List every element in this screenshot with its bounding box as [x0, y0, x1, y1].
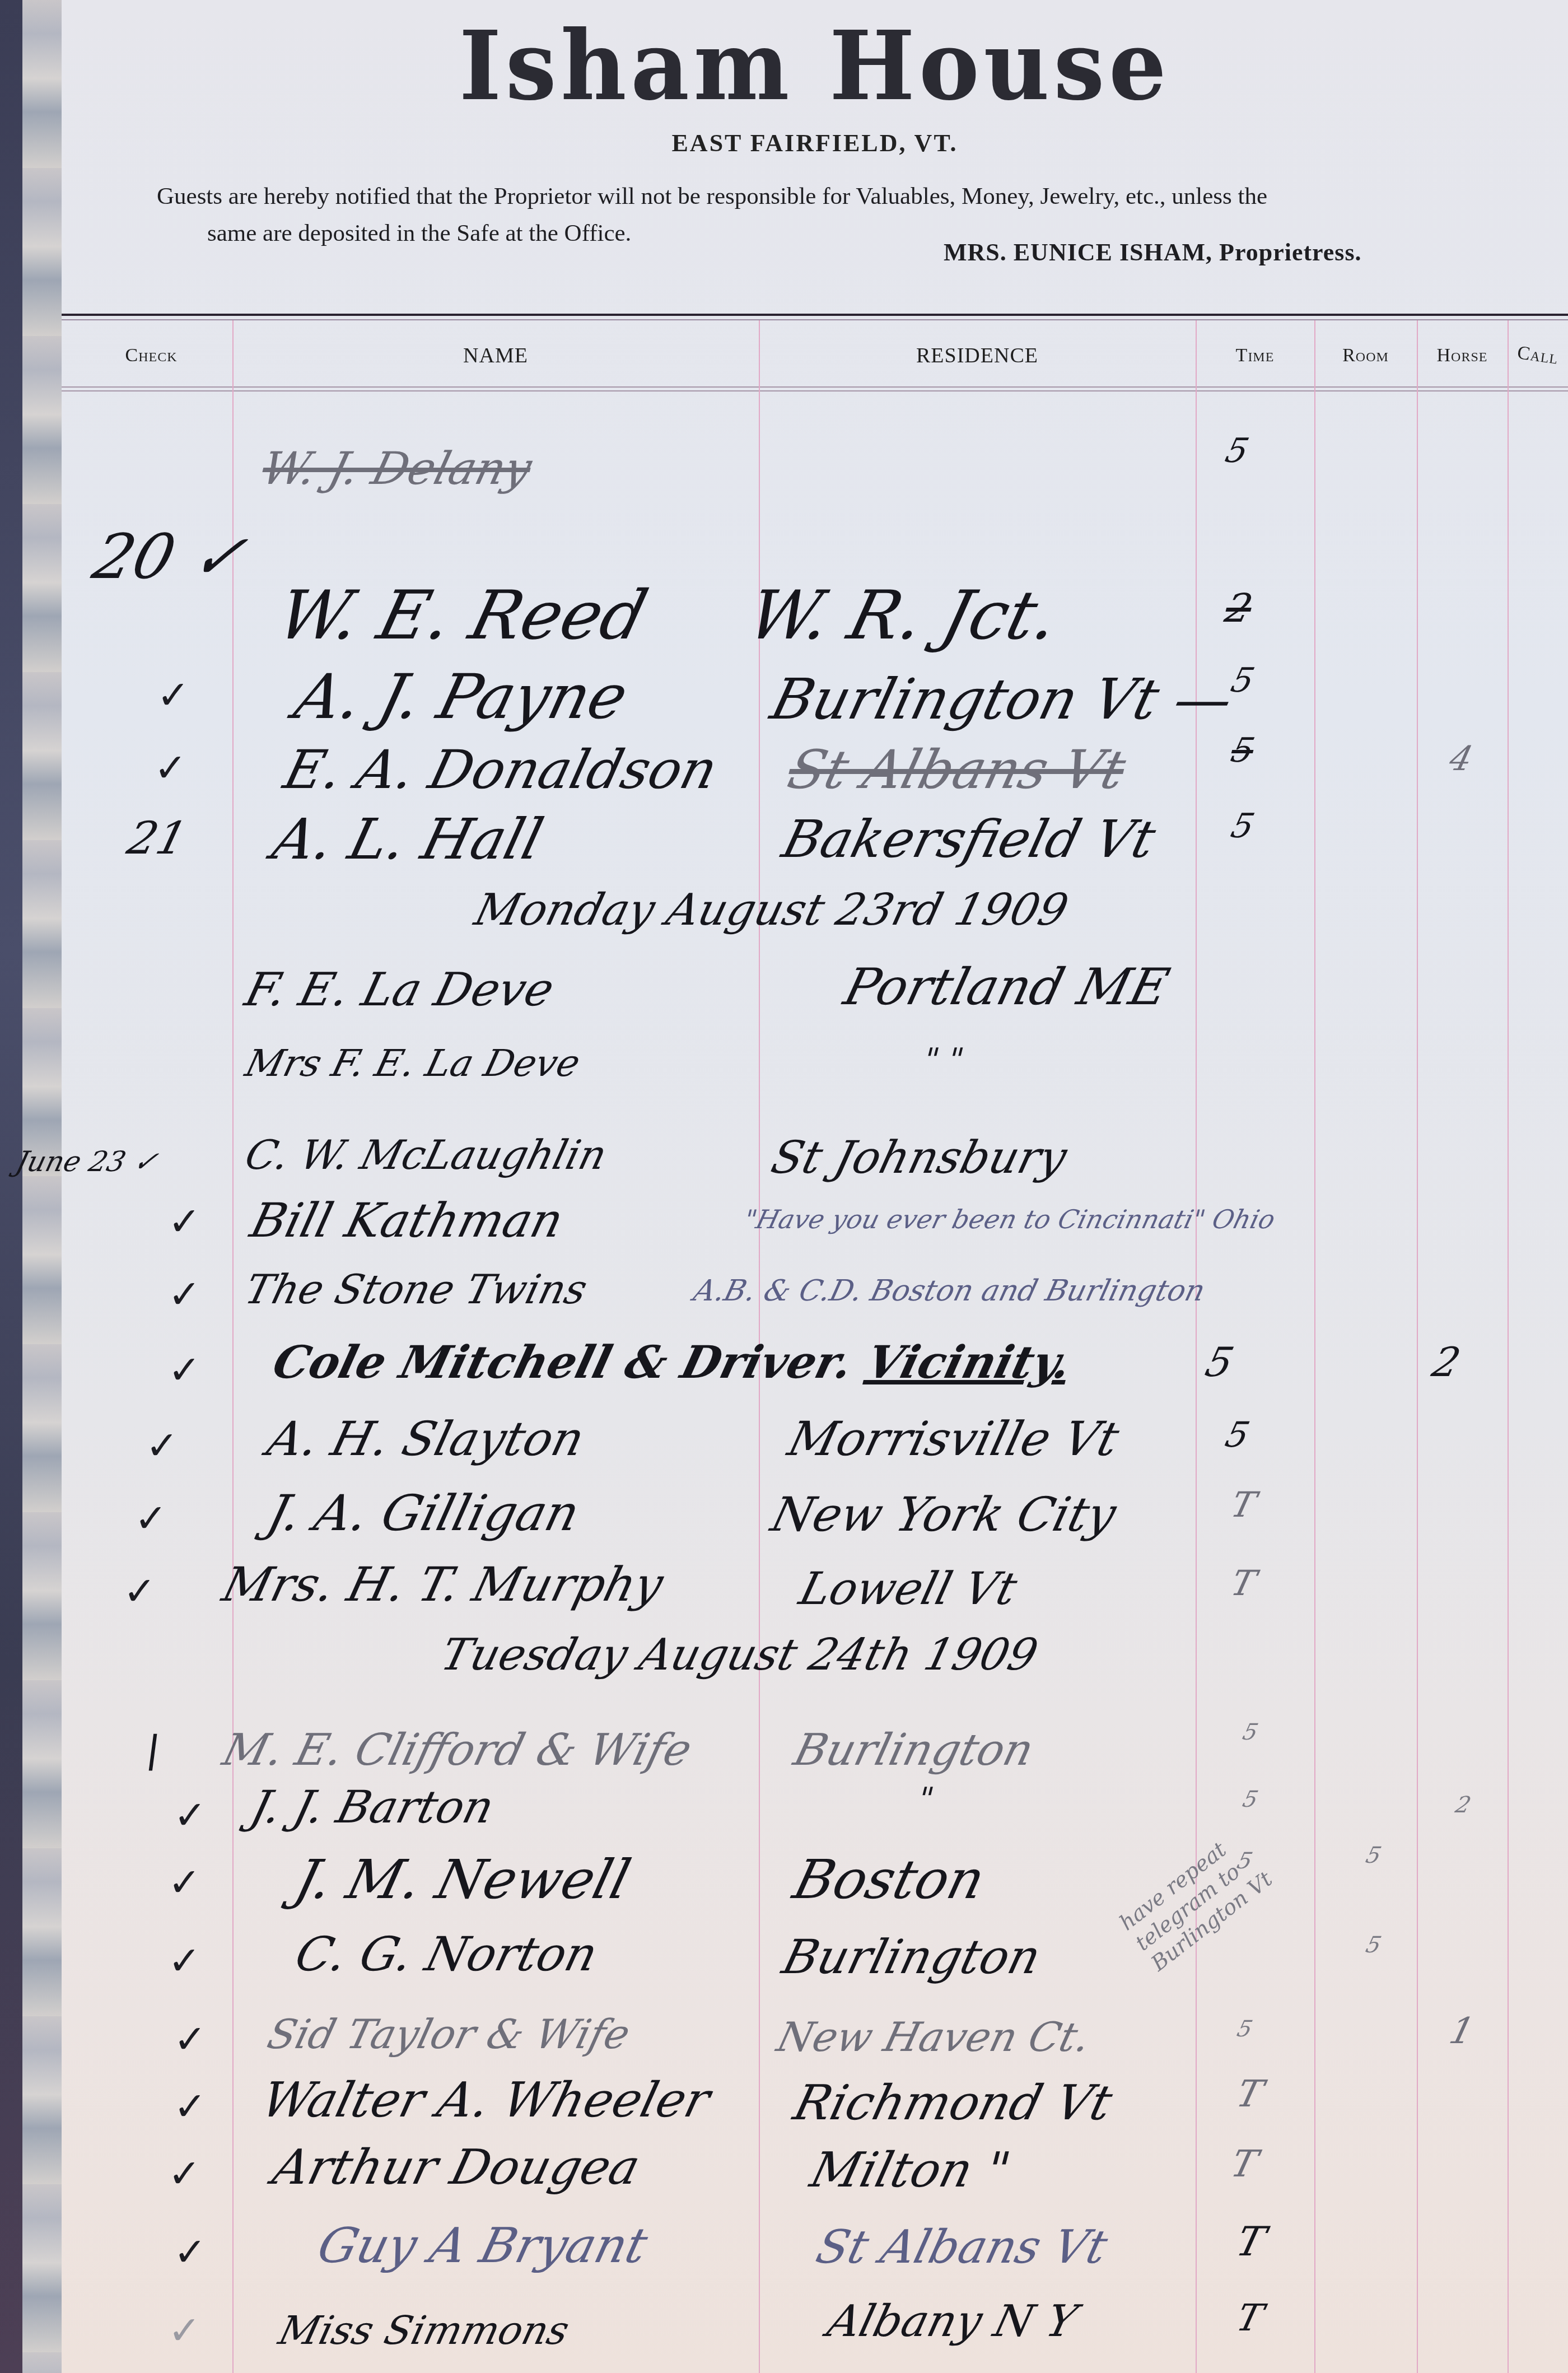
check-mark: ✓ [174, 1792, 207, 1838]
time-mark: 5 [1234, 2016, 1255, 2042]
horse-value: 1 [1445, 2011, 1478, 2052]
horse-value: 4 [1445, 739, 1477, 778]
room-value: 5 [1363, 1843, 1384, 1868]
guest-name: Guy A Bryant [312, 2218, 654, 2274]
check-mark: ✓ [168, 1271, 201, 1317]
guest-residence: New York City [766, 1487, 1122, 1542]
guest-name: Sid Taylor & Wife [263, 2011, 635, 2058]
guest-residence: St Albans Vt [782, 739, 1131, 801]
check-mark: ✓ [168, 1347, 201, 1393]
guest-name: J. J. Barton [245, 1781, 499, 1833]
header-rule [62, 314, 1568, 316]
hotel-location: EAST FAIRFIELD, VT. [62, 129, 1568, 157]
column-divider [1314, 320, 1315, 2373]
guest-residence: Burlington [777, 1929, 1046, 1984]
guest-name: A. J. Payne [288, 661, 635, 733]
guest-name: W. J. Delany [256, 442, 537, 495]
column-divider [1508, 320, 1509, 2373]
guest-residence: Boston [787, 1848, 991, 1911]
guest-name: W. E. Reed [270, 577, 655, 655]
check-mark: June 23 ✓ [13, 1145, 162, 1178]
guest-name: J. M. Newell [289, 1848, 637, 1911]
guest-residence: St Albans Vt [811, 2221, 1113, 2274]
book-binding [0, 0, 22, 2373]
guest-residence: Albany N Y [823, 2296, 1082, 2347]
check-mark: ✓ [168, 1859, 201, 1905]
column-divider [1417, 320, 1418, 2373]
room-value: 5 [1363, 1932, 1384, 1958]
register-page: Isham House EAST FAIRFIELD, VT. Guests a… [62, 0, 1568, 2373]
time-mark: T [1226, 2142, 1262, 2185]
hotel-title: Isham House [99, 10, 1530, 122]
check-mark: ✓ [174, 2083, 207, 2129]
guest-name: C. W. McLaughlin [241, 1131, 612, 1178]
time-mark: 2 [1221, 585, 1257, 631]
page-edges [22, 0, 63, 2373]
time-mark: T [1232, 2218, 1271, 2265]
guest-residence: St Johnsbury [766, 1131, 1072, 1183]
header-rule-thin [62, 319, 1568, 320]
column-header-residence: RESIDENCE [759, 336, 1196, 375]
guest-residence: Morrisville Vt [783, 1411, 1124, 1466]
guest-name: Mrs F. E. La Deve [241, 1042, 584, 1085]
column-divider [232, 320, 234, 2373]
guest-residence: Lowell Vt [794, 1563, 1022, 1615]
column-header-room: Room [1314, 336, 1417, 375]
check-mark: ✓ [174, 2016, 207, 2062]
page-header: Isham House EAST FAIRFIELD, VT. Guests a… [62, 0, 1568, 314]
guest-residence: Burlington Vt — [764, 666, 1239, 732]
guest-name: Walter A. Wheeler [256, 2072, 716, 2128]
horse-value: 2 [1453, 1792, 1473, 1818]
column-divider [1196, 320, 1197, 2373]
guest-name: A. H. Slayton [262, 1411, 590, 1466]
horse-value: 2 [1428, 1339, 1466, 1386]
check-mark: ✓ [168, 2307, 201, 2353]
check-mark: ✓ [123, 1568, 156, 1614]
guest-name: Bill Kathman [245, 1193, 569, 1248]
guest-name: E. A. Donaldson [278, 739, 724, 801]
time-mark: 5 [1227, 731, 1258, 770]
time-mark: T [1232, 2296, 1267, 2339]
time-mark: T [1232, 2072, 1267, 2115]
guest-name: The Stone Twins [241, 1266, 592, 1313]
guest-residence: New Haven Ct. [773, 2013, 1095, 2060]
time-mark: T [1227, 1484, 1261, 1525]
guest-name: J. A. Gilligan [262, 1484, 585, 1542]
guest-residence: "Have you ever been to Cincinnati" Ohio [741, 1204, 1278, 1234]
guest-residence: Richmond Vt [788, 2075, 1118, 2131]
column-header-rule [62, 386, 1568, 388]
guest-residence: " " [920, 1042, 968, 1078]
proprietress: MRS. EUNICE ISHAM, Proprietress. [944, 238, 1362, 267]
guest-name: F. E. La Deve [240, 963, 559, 1017]
check-mark: 21 [122, 812, 192, 864]
guest-residence: Burlington [789, 1725, 1039, 1775]
guest-residence: " [914, 1781, 937, 1817]
guest-name: A. L. Hall [266, 806, 549, 872]
check-mark: ✓ [168, 1199, 201, 1244]
check-mark: ✓ [134, 1495, 167, 1541]
column-header-time: Time [1196, 336, 1314, 375]
time-mark: 5 [1240, 1719, 1261, 1745]
column-header-call: Call [1505, 332, 1568, 379]
guest-residence: Portland ME [838, 958, 1175, 1017]
guest-residence: W. R. Jct. [741, 577, 1067, 655]
guest-residence: Milton " [805, 2142, 1016, 2198]
guest-name: Cole Mitchell & Driver. [268, 1336, 858, 1388]
check-mark: ✓ [154, 745, 187, 791]
check-mark: ✓ [146, 1423, 179, 1468]
time-mark: 5 [1221, 1414, 1254, 1455]
date-heading-tuesday: Tuesday August 24th 1909 [436, 1630, 1043, 1680]
time-mark: 5 [1227, 806, 1258, 846]
column-header-horse: Horse [1417, 336, 1508, 375]
check-mark: ✓ [157, 672, 190, 718]
time-mark: 5 [1201, 1339, 1239, 1386]
guest-residence: Bakersfield Vt [777, 809, 1161, 869]
guest-name: Arthur Dougea [268, 2139, 646, 2195]
time-mark: 5 [1221, 431, 1253, 470]
guest-name: Mrs. H. T. Murphy [217, 1557, 669, 1612]
check-mark: \ [139, 1725, 167, 1777]
column-header-rule-2 [62, 390, 1568, 391]
check-mark: ✓ [168, 2151, 201, 2197]
guest-name: Miss Simmons [274, 2307, 574, 2353]
guest-name: M. E. Clifford & Wife [218, 1725, 697, 1775]
time-mark: T [1227, 1563, 1261, 1603]
check-mark: ✓ [168, 1938, 201, 1984]
column-header-check: Check [84, 336, 218, 375]
column-header-name: NAME [232, 336, 759, 375]
date-heading-monday: Monday August 23rd 1909 [470, 885, 1073, 935]
time-mark: 5 [1240, 1787, 1261, 1812]
guest-residence: A.B. & C.D. Boston and Burlington [690, 1274, 1209, 1308]
notice-line-1: Guests are hereby notified that the Prop… [157, 178, 1568, 215]
guest-name: C. G. Norton [290, 1927, 603, 1982]
check-mark: 20 ✓ [86, 521, 254, 593]
check-mark: ✓ [174, 2229, 207, 2275]
guest-residence: Vicinity. [861, 1336, 1076, 1388]
